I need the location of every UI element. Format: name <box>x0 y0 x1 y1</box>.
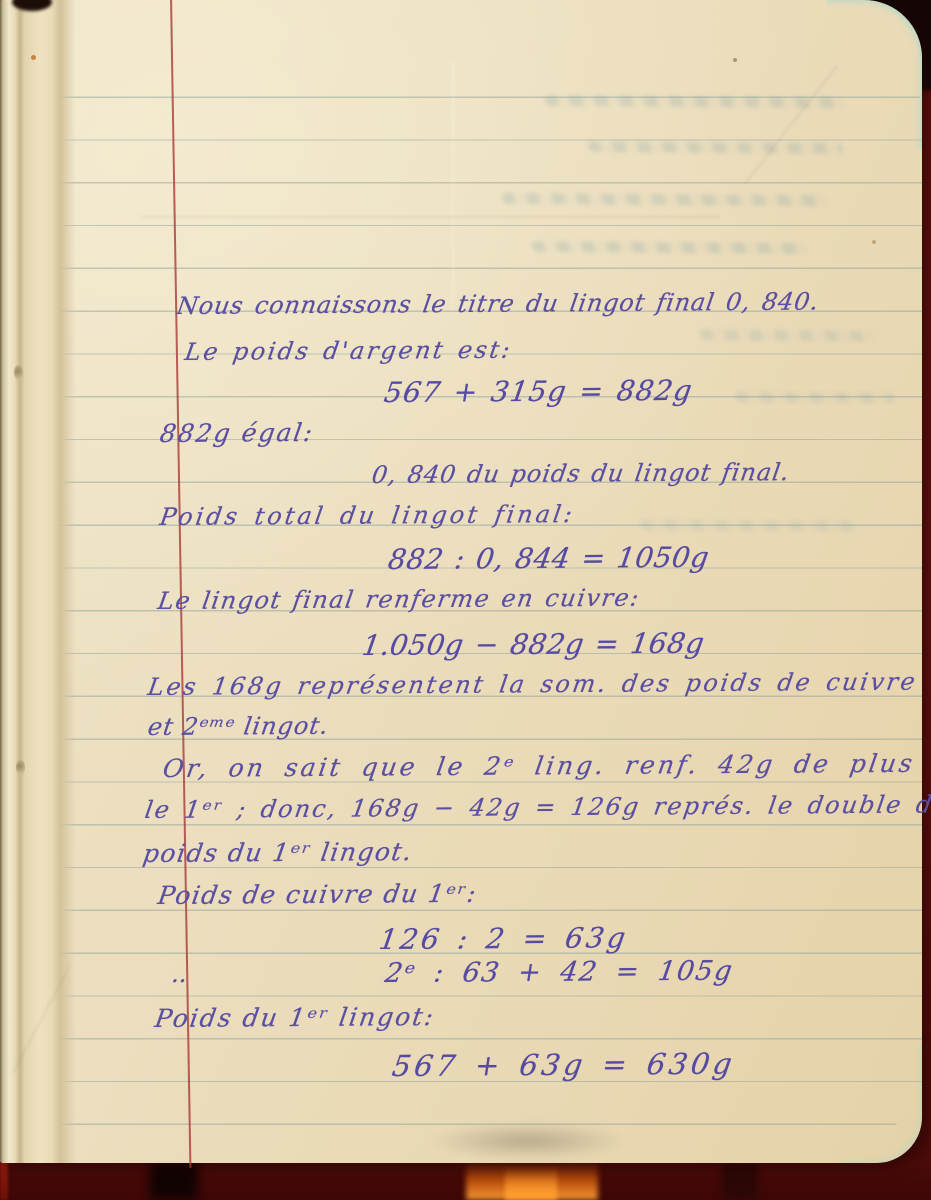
bleedthrough-ghost-text <box>531 241 809 254</box>
handwriting-line-5: 0, 840 du poids du lingot final. <box>370 458 792 489</box>
handwriting-line-3: 567 + 315g = 882g <box>382 374 695 409</box>
paper-crease <box>140 216 720 219</box>
handwriting-line-8: Le lingot final renferme en cuivre: <box>156 584 642 615</box>
handwriting-line-11: et 2ᵉᵐᵉ lingot. <box>146 712 331 741</box>
handwriting-line-6: Poids total du lingot final: <box>158 500 577 531</box>
paper-stain <box>872 240 876 244</box>
bleedthrough-ghost-text <box>699 329 877 341</box>
bleedthrough-ghost-text <box>734 391 896 403</box>
paper-stain <box>733 58 737 62</box>
handwriting-line-1: Nous connaissons le titre du lingot fina… <box>175 288 821 320</box>
handwriting-line-17: 2ᵉ : 63 + 42 = 105g <box>383 956 736 989</box>
handwriting-line-12: Or, on sait que le 2ᵉ ling. renf. 42g de… <box>161 748 931 783</box>
handwriting-line-9: 1.050g − 882g = 168g <box>360 627 707 662</box>
page-corner-highlight <box>842 1043 922 1163</box>
notebook-page: Nous connaissons le titre du lingot fina… <box>0 0 922 1163</box>
bleedthrough-ghost-text <box>501 193 829 206</box>
handwriting-line-7: 882 : 0, 844 = 1050g <box>386 541 712 576</box>
bleedthrough-ghost-text <box>639 519 857 532</box>
handwriting-line-2: Le poids d'argent est: <box>183 336 514 366</box>
bleedthrough-ghost-text <box>587 141 845 154</box>
binding-fold <box>0 0 76 1163</box>
handwriting-line-10: Les 168g représentent la som. des poids … <box>146 667 931 701</box>
paper-crease <box>452 60 454 310</box>
handwriting-line-19: 567 + 63g = 630g <box>390 1047 738 1083</box>
handwriting-line-14: poids du 1ᵉʳ lingot. <box>141 837 415 868</box>
paper-knot <box>16 760 25 775</box>
handwriting-line-4: 882g égal: <box>158 418 316 448</box>
handwriting-line-16: 126 : 2 = 63g <box>377 921 631 956</box>
paper-knot <box>14 365 23 380</box>
handwriting-line-15: Poids de cuivre du 1ᵉʳ: <box>156 879 479 910</box>
bleedthrough-ghost-text <box>544 95 847 108</box>
handwriting-line-18: Poids du 1ᵉʳ lingot: <box>153 1002 437 1033</box>
handwriting-line-13: le 1ᵉʳ ; donc, 168g − 42g = 126g représ.… <box>143 790 931 824</box>
cover-glow-core <box>505 1166 557 1200</box>
paper-stain-blotch <box>428 1122 628 1160</box>
page-corner-highlight <box>827 0 922 150</box>
cover-shadow <box>722 1162 758 1200</box>
paper-stain <box>31 55 36 60</box>
